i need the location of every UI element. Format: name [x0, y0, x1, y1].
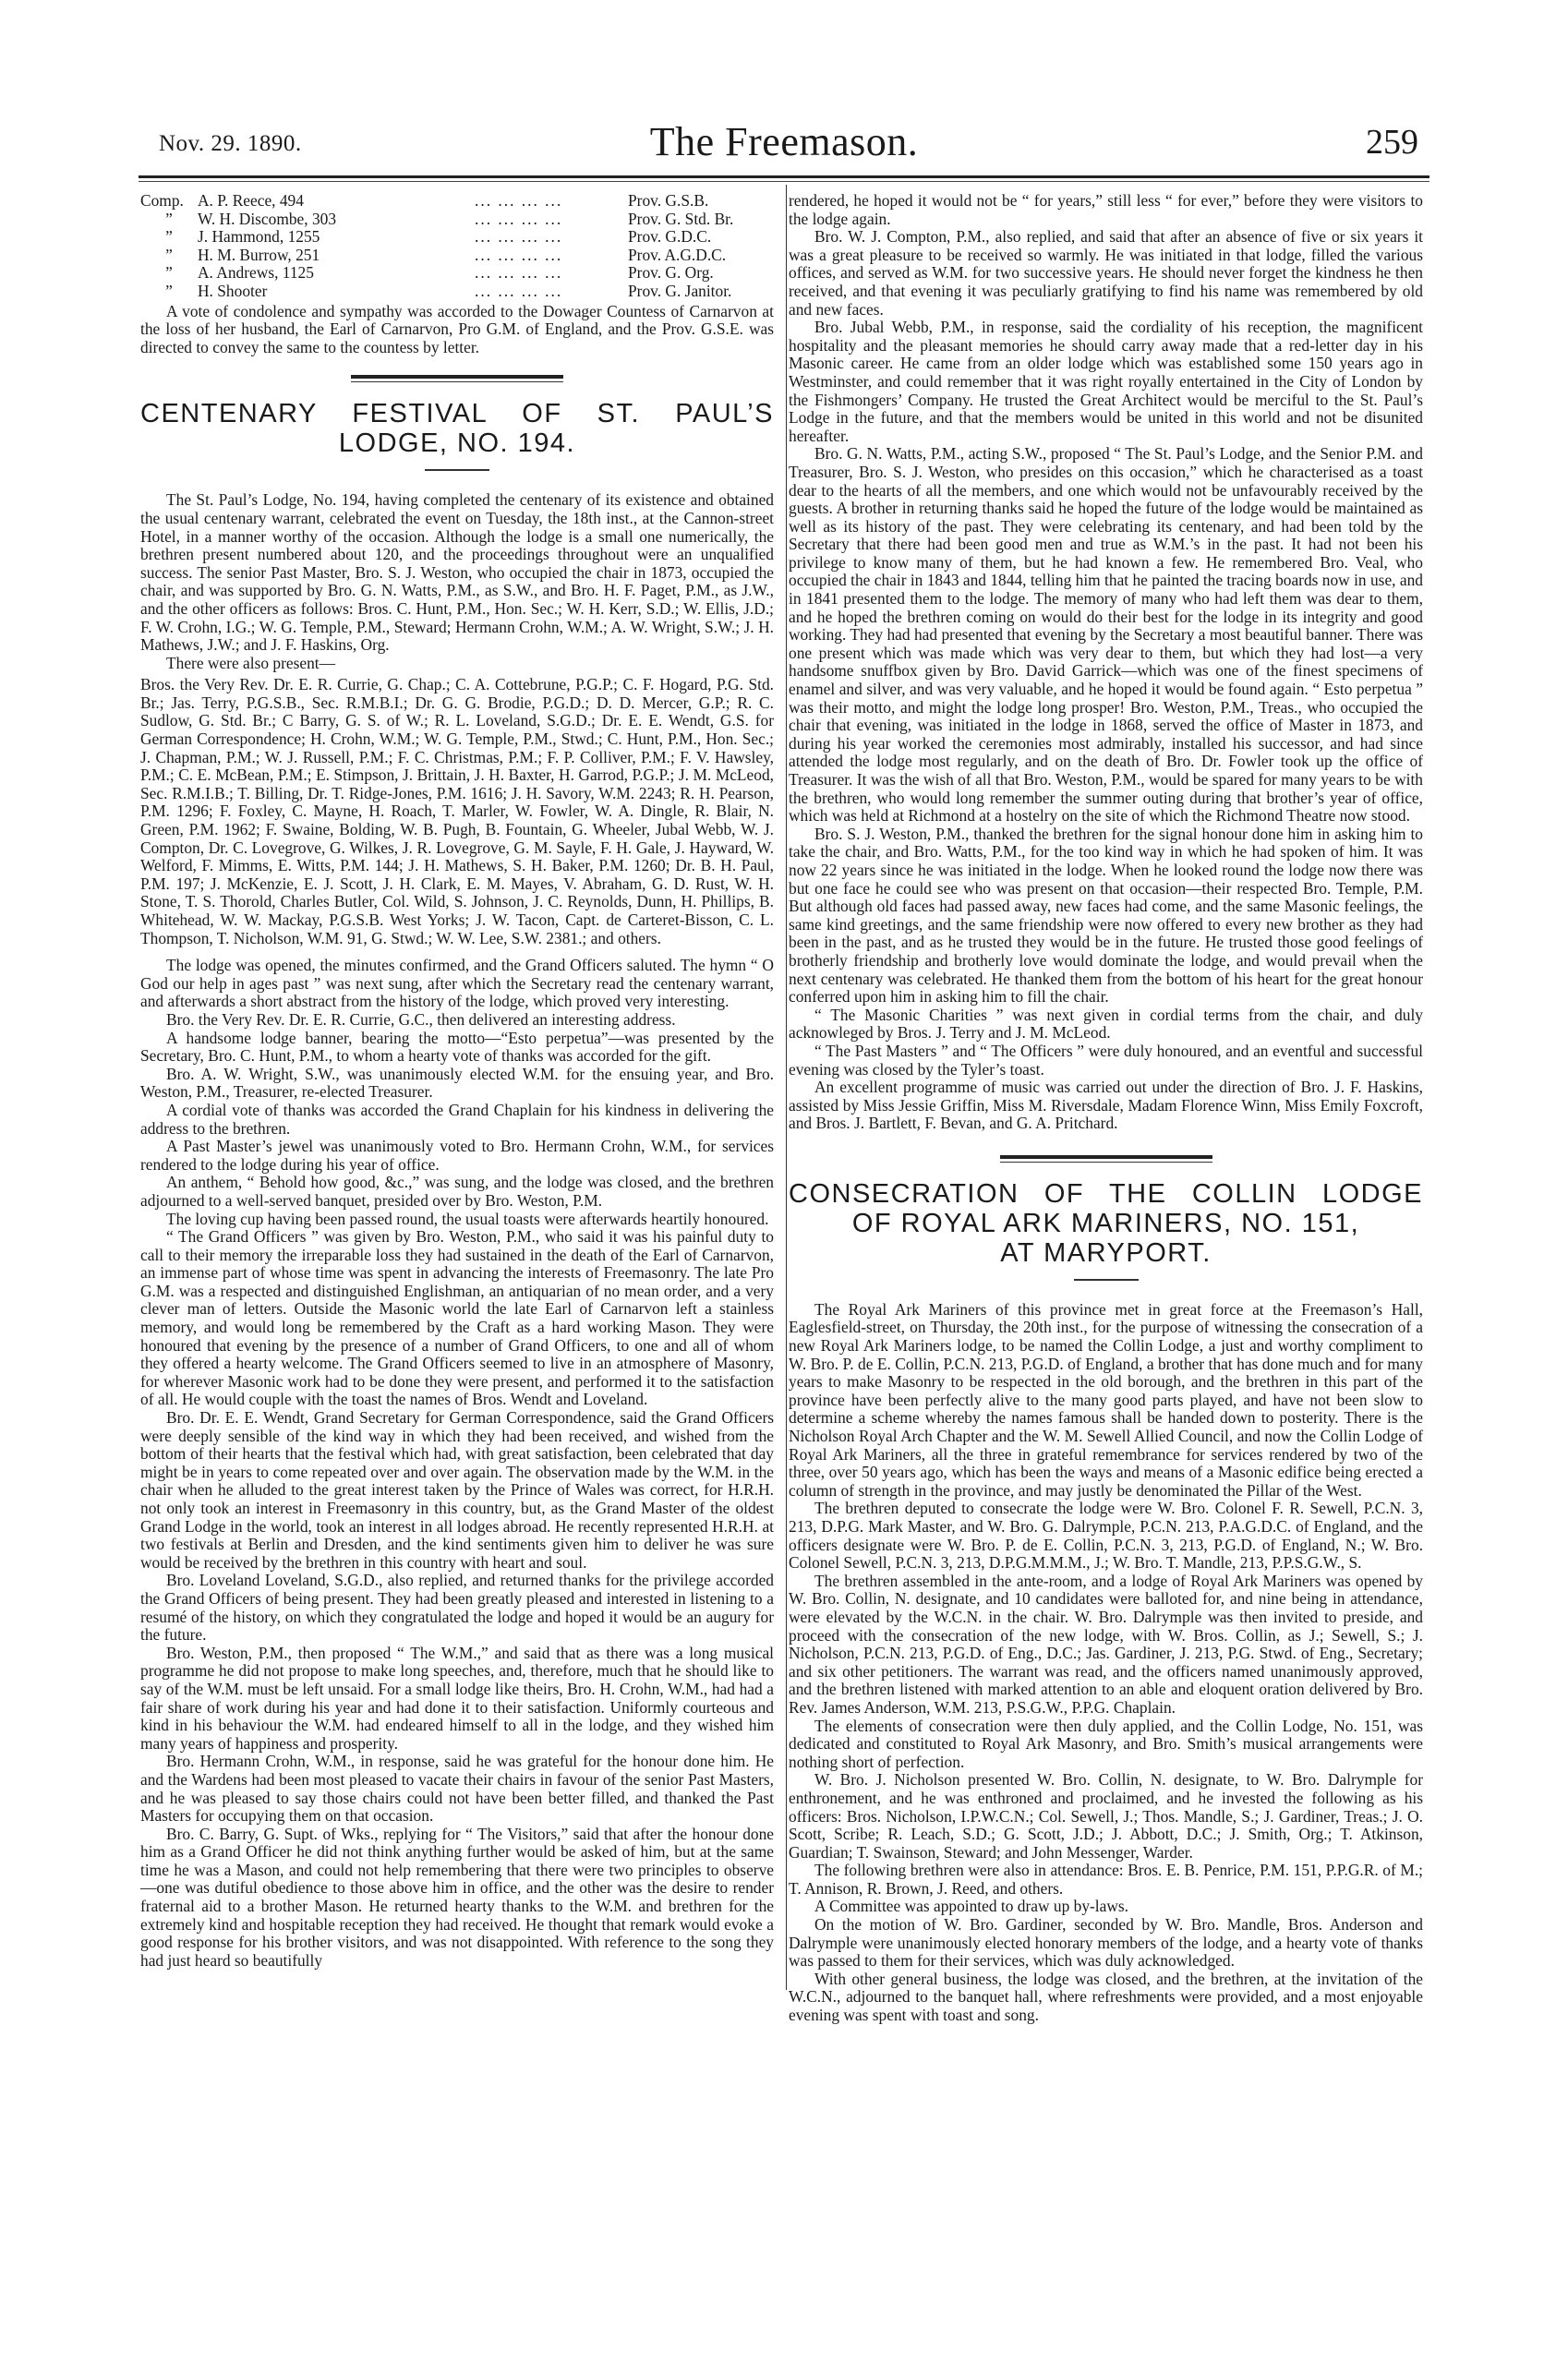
officer-prefix: ”: [140, 228, 198, 247]
condolence-paragraph: A vote of condolence and sympathy was ac…: [140, 303, 774, 357]
headline-line: at Maryport.: [789, 1238, 1423, 1268]
page-number: 259: [1366, 122, 1418, 163]
article-paragraph: A Past Master’s jewel was unanimously vo…: [140, 1138, 774, 1174]
article-paragraph: The following brethren were also in atte…: [789, 1862, 1423, 1898]
article-paragraph: The elements of consecration were then d…: [789, 1718, 1423, 1772]
officer-prefix: ”: [140, 283, 198, 301]
article-paragraph: The brethren deputed to consecrate the l…: [789, 1500, 1423, 1572]
officer-name: J. Hammond, 1255: [198, 228, 475, 247]
article-paragraph: The St. Paul’s Lodge, No. 194, having co…: [140, 491, 774, 654]
officer-rank: Prov. G.D.C.: [628, 228, 774, 247]
left-column: Comp. A. P. Reece, 494 ... ... ... ... P…: [140, 192, 774, 1970]
leader-dots: ... ... ... ...: [475, 247, 628, 265]
headline-rule: [1074, 1279, 1139, 1281]
article-paragraph: The brethren assembled in the ante-room,…: [789, 1573, 1423, 1718]
article-paragraph: An anthem, “ Behold how good, &c.,” was …: [140, 1174, 774, 1210]
article-paragraph: Bro. Dr. E. E. Wendt, Grand Secretary fo…: [140, 1409, 774, 1572]
officer-row: ” H. Shooter ... ... ... ... Prov. G. Ja…: [140, 283, 774, 301]
article-paragraph: Bro. A. W. Wright, S.W., was unanimously…: [140, 1066, 774, 1102]
officer-rank: Prov. G. Std. Br.: [628, 211, 774, 229]
article-paragraph: Bro. Weston, P.M., then proposed “ The W…: [140, 1645, 774, 1754]
officer-prefix: ”: [140, 247, 198, 265]
article-paragraph: The lodge was opened, the minutes confir…: [140, 957, 774, 1011]
leader-dots: ... ... ... ...: [475, 283, 628, 301]
article-paragraph: Bro. Hermann Crohn, W.M., in response, s…: [140, 1753, 774, 1825]
masthead-rule-thin: [139, 181, 1429, 182]
article-paragraph: Bro. Loveland Loveland, S.G.D., also rep…: [140, 1572, 774, 1644]
officers-table: Comp. A. P. Reece, 494 ... ... ... ... P…: [140, 192, 774, 301]
article-paragraph: “ The Past Masters ” and “ The Officers …: [789, 1043, 1423, 1079]
officer-prefix: Comp.: [140, 192, 198, 211]
leader-dots: ... ... ... ...: [475, 211, 628, 229]
officer-name: H. Shooter: [198, 283, 475, 301]
attendees-list: Bros. the Very Rev. Dr. E. R. Currie, G.…: [140, 676, 774, 947]
officer-name: H. M. Burrow, 251: [198, 247, 475, 265]
headline-line: Centenary Festival of St. Paul’s: [140, 399, 774, 428]
article-paragraph: W. Bro. J. Nicholson presented W. Bro. C…: [789, 1771, 1423, 1862]
officer-rank: Prov. A.G.D.C.: [628, 247, 774, 265]
officer-rank: Prov. G.S.B.: [628, 192, 774, 211]
headline-rule: [425, 469, 489, 471]
column-divider: [786, 185, 787, 1990]
publication-title: The Freemason.: [139, 118, 1429, 165]
section-separator: [351, 375, 563, 382]
headline-line: of Royal Ark Mariners, No. 151,: [789, 1209, 1423, 1238]
article-paragraph: “ The Grand Officers ” was given by Bro.…: [140, 1228, 774, 1409]
officer-row: ” A. Andrews, 1125 ... ... ... ... Prov.…: [140, 264, 774, 283]
article-paragraph: Bro. S. J. Weston, P.M., thanked the bre…: [789, 826, 1423, 1007]
officer-name: A. Andrews, 1125: [198, 264, 475, 283]
article-paragraph: Bro. Jubal Webb, P.M., in response, said…: [789, 319, 1423, 445]
officer-row: Comp. A. P. Reece, 494 ... ... ... ... P…: [140, 192, 774, 211]
article-headline-centenary: Centenary Festival of St. Paul’s Lodge, …: [140, 399, 774, 458]
article-paragraph: Bro. C. Barry, G. Supt. of Wks., replyin…: [140, 1826, 774, 1971]
article-paragraph: An excellent programme of music was carr…: [789, 1079, 1423, 1133]
leader-dots: ... ... ... ...: [475, 228, 628, 247]
article-paragraph: The loving cup having been passed round,…: [140, 1211, 774, 1229]
article-paragraph: Bro. G. N. Watts, P.M., acting S.W., pro…: [789, 445, 1423, 825]
section-separator: [1000, 1155, 1212, 1163]
officer-rank: Prov. G. Org.: [628, 264, 774, 283]
officer-rank: Prov. G. Janitor.: [628, 283, 774, 301]
officer-prefix: ”: [140, 211, 198, 229]
headline-line: Consecration of the Collin Lodge: [789, 1179, 1423, 1209]
headline-line: Lodge, No. 194.: [339, 428, 575, 458]
article-paragraph: “ The Masonic Charities ” was next given…: [789, 1007, 1423, 1043]
article-paragraph: With other general business, the lodge w…: [789, 1971, 1423, 2025]
article-headline-consecration: Consecration of the Collin Lodge of Roya…: [789, 1179, 1423, 1268]
officer-row: ” W. H. Discombe, 303 ... ... ... ... Pr…: [140, 211, 774, 229]
right-column: rendered, he hoped it would not be “ for…: [789, 192, 1423, 2025]
masthead: Nov. 29. 1890. The Freemason. 259: [139, 118, 1429, 174]
article-paragraph: Bro. the Very Rev. Dr. E. R. Currie, G.C…: [140, 1011, 774, 1030]
article-paragraph: The Royal Ark Mariners of this province …: [789, 1301, 1423, 1501]
article-paragraph: On the motion of W. Bro. Gardiner, secon…: [789, 1916, 1423, 1971]
article-paragraph: Bro. W. J. Compton, P.M., also replied, …: [789, 228, 1423, 319]
officer-name: A. P. Reece, 494: [198, 192, 475, 211]
article-continuation: rendered, he hoped it would not be “ for…: [789, 192, 1423, 228]
officer-row: ” J. Hammond, 1255 ... ... ... ... Prov.…: [140, 228, 774, 247]
officer-row: ” H. M. Burrow, 251 ... ... ... ... Prov…: [140, 247, 774, 265]
leader-dots: ... ... ... ...: [475, 264, 628, 283]
officer-name: W. H. Discombe, 303: [198, 211, 475, 229]
leader-dots: ... ... ... ...: [475, 192, 628, 211]
officer-prefix: ”: [140, 264, 198, 283]
article-paragraph: A Committee was appointed to draw up by-…: [789, 1898, 1423, 1916]
article-paragraph: A cordial vote of thanks was accorded th…: [140, 1102, 774, 1138]
article-paragraph: There were also present—: [140, 655, 774, 673]
article-paragraph: A handsome lodge banner, bearing the mot…: [140, 1030, 774, 1066]
masthead-rule: [139, 175, 1429, 178]
